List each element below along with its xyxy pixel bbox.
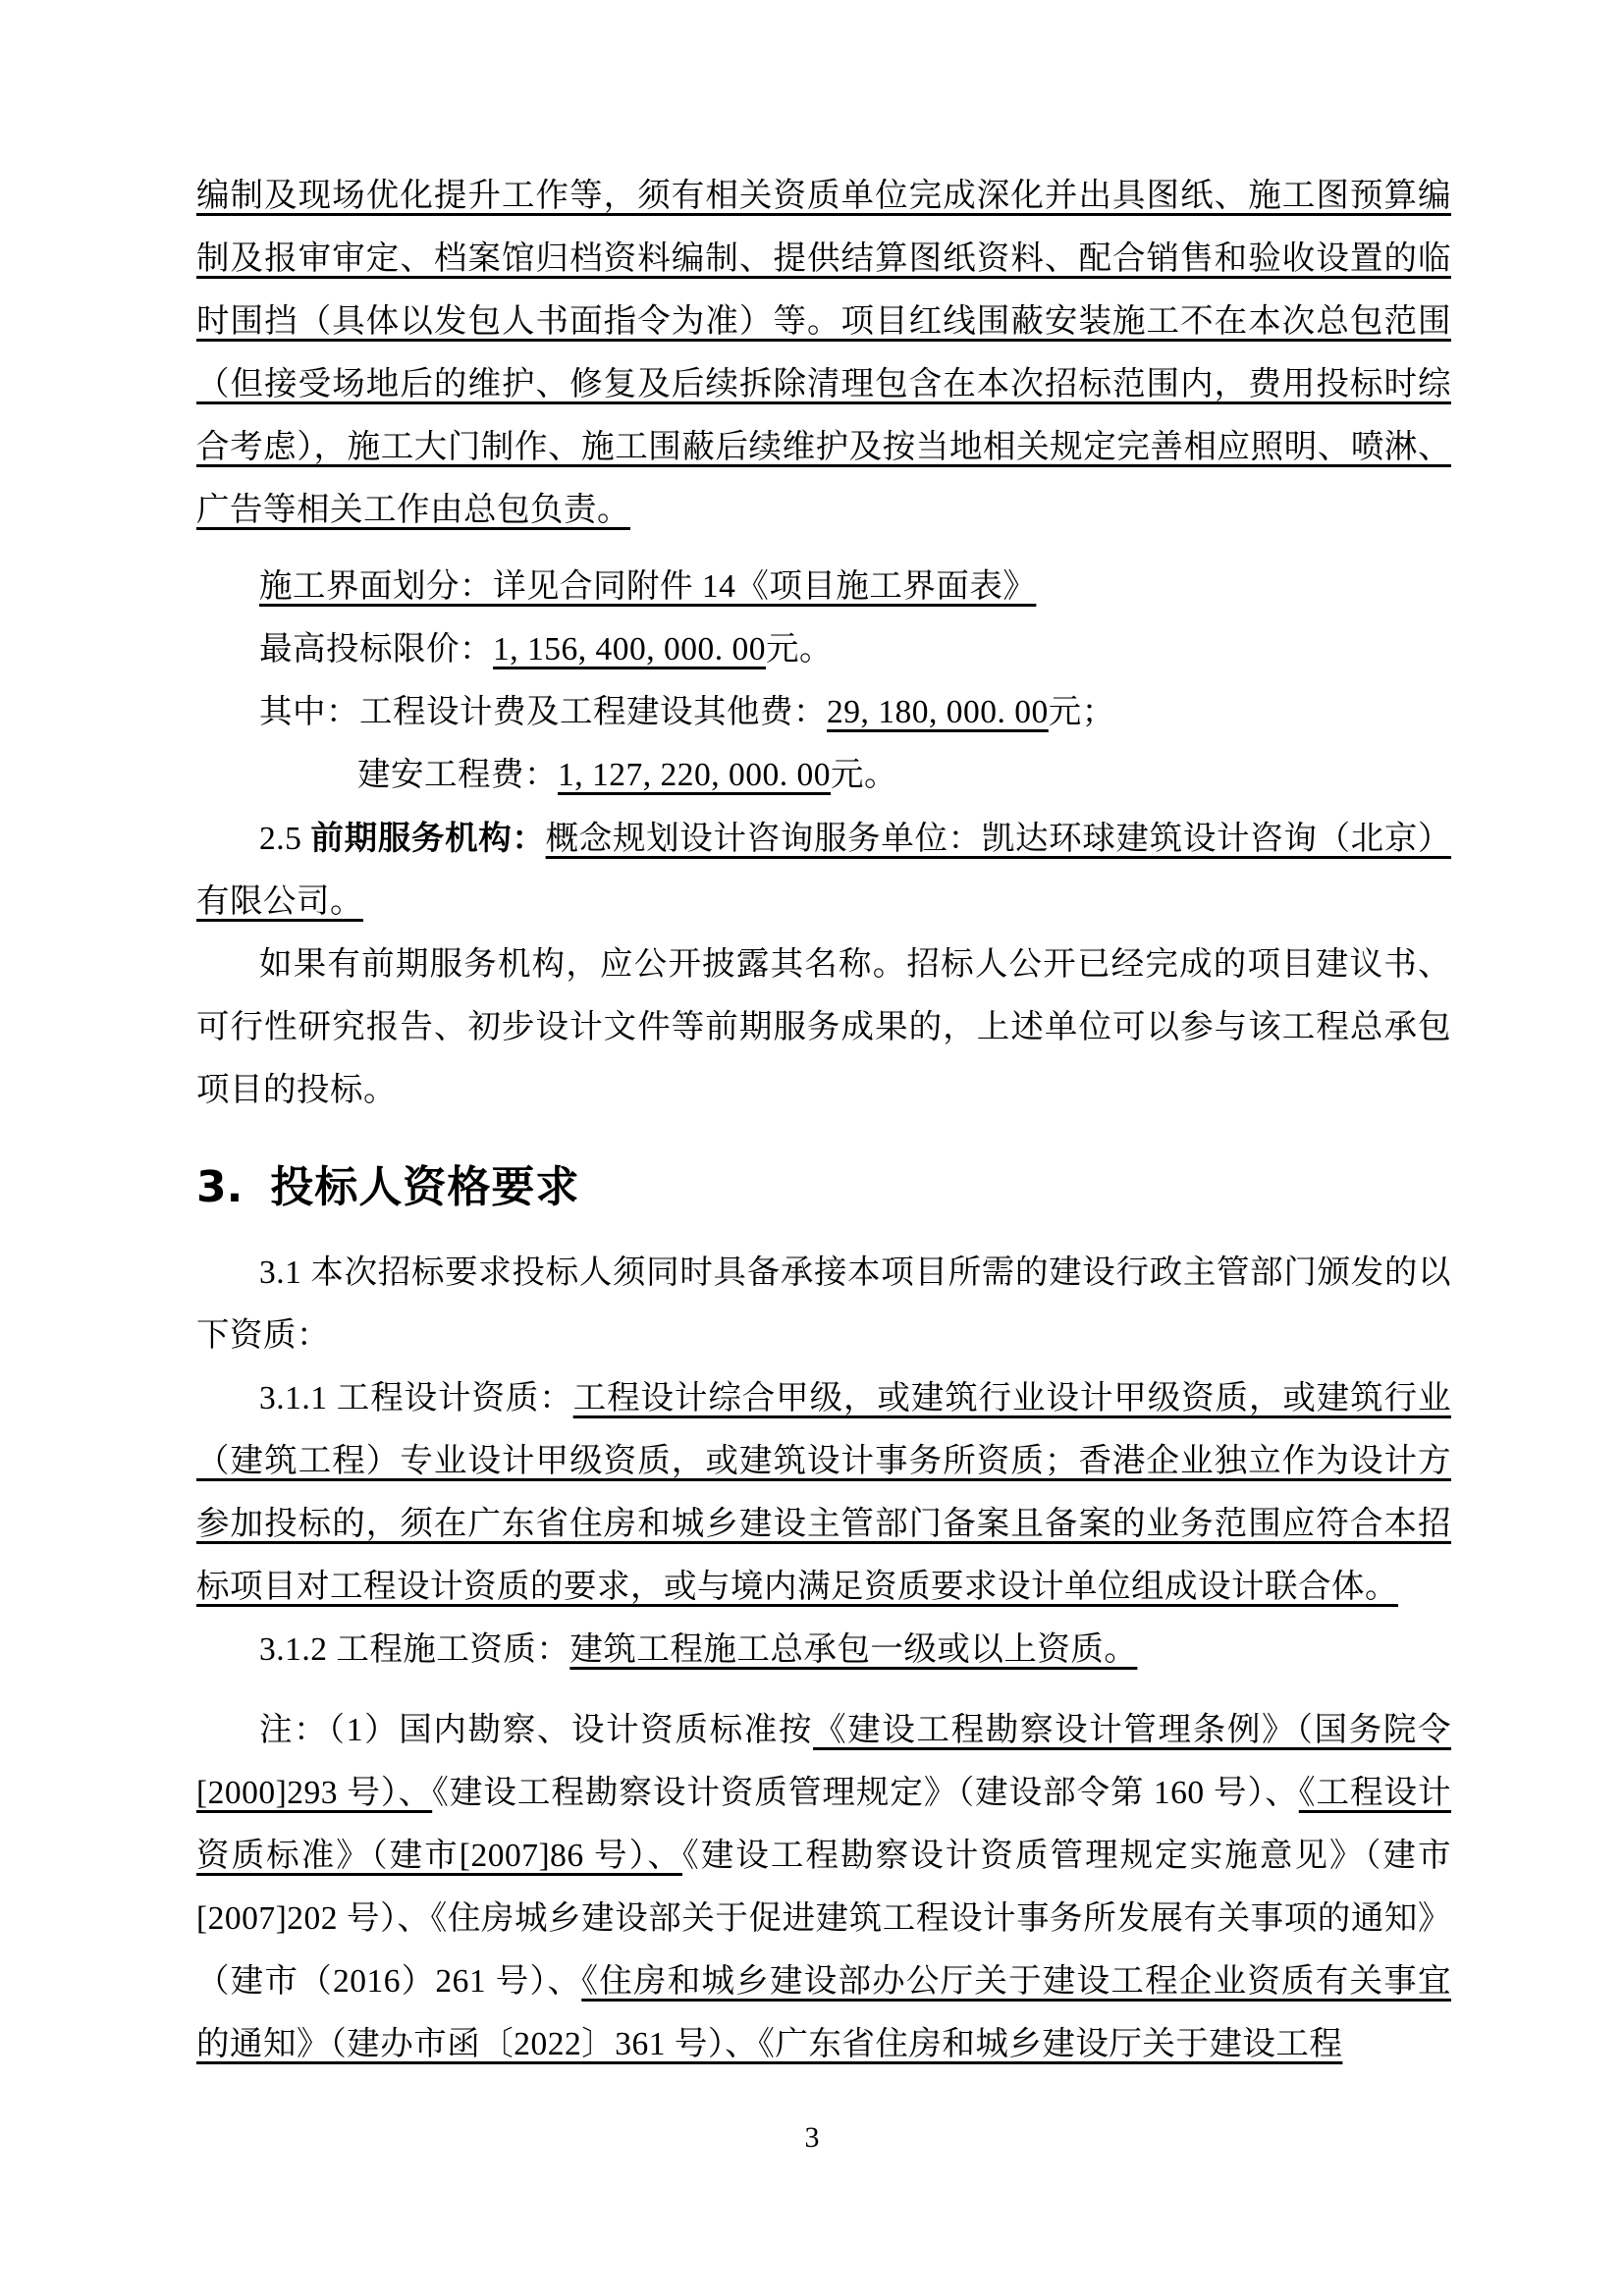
paragraph-3-1-2-construction-qualification: 3.1.2 工程施工资质：建筑工程施工总承包一级或以上资质。 <box>196 1619 1451 1682</box>
section-heading-number: 3. <box>196 1162 243 1212</box>
max-price-suffix: 元。 <box>766 631 833 667</box>
note-plain-2: 《建设工程勘察设计资质管理规定》（建设部令第 160 号）、 <box>432 1775 1299 1811</box>
scope-underlined-text: 编制及现场优化提升工作等，须有相关资质单位完成深化并出具图纸、施工图预算编制及报… <box>196 178 1451 528</box>
sec-3-1-2-label: 3.1.2 工程施工资质： <box>259 1631 569 1668</box>
paragraph-3-1-requirements: 3.1 本次招标要求投标人须同时具备承接本项目所需的建设行政主管部门颁发的以下资… <box>196 1242 1451 1367</box>
paragraph-3-1-1-design-qualification: 3.1.1 工程设计资质：工程设计综合甲级，或建筑行业设计甲级资质，或建筑行业（… <box>196 1367 1451 1619</box>
paragraph-fee-other: 其中：工程设计费及工程建设其他费：29, 180, 000. 00元； <box>196 681 1451 744</box>
fee-other-suffix: 元； <box>1049 694 1115 730</box>
pre-service-number: 2.5 <box>259 821 310 857</box>
paragraph-pre-service-agency: 2.5 前期服务机构：概念规划设计咨询服务单位：凯达环球建筑设计咨询（北京）有限… <box>196 807 1451 934</box>
document-page: 编制及现场优化提升工作等，须有相关资质单位完成深化并出具图纸、施工图预算编制及报… <box>0 0 1624 2296</box>
paragraph-fee-construction: 建安工程费：1, 127, 220, 000. 00元。 <box>196 744 1451 807</box>
paragraph-max-bid-price: 最高投标限价：1, 156, 400, 000. 00元。 <box>196 618 1451 681</box>
section-heading-title: 投标人资格要求 <box>270 1162 579 1212</box>
fee-other-label: 其中：工程设计费及工程建设其他费： <box>259 694 827 730</box>
section-heading-bidder-qualification: 3.投标人资格要求 <box>196 1163 1451 1212</box>
interface-underlined-text: 施工界面划分：详见合同附件 14《项目施工界面表》 <box>259 568 1036 605</box>
paragraph-interface-division: 施工界面划分：详见合同附件 14《项目施工界面表》 <box>196 556 1451 618</box>
paragraph-note-regulations: 注：（1）国内勘察、设计资质标准按《建设工程勘察设计管理条例》（国务院令[200… <box>196 1699 1451 2076</box>
note-plain-1: 注：（1）国内勘察、设计资质标准按 <box>259 1712 813 1748</box>
max-price-amount: 1, 156, 400, 000. 00 <box>493 631 766 667</box>
fee-construction-amount: 1, 127, 220, 000. 00 <box>558 757 831 793</box>
fee-construction-suffix: 元。 <box>831 757 897 793</box>
sec-3-1-text: 3.1 本次招标要求投标人须同时具备承接本项目所需的建设行政主管部门颁发的以下资… <box>196 1255 1451 1354</box>
sec-3-1-1-label: 3.1.1 工程设计资质： <box>259 1380 573 1416</box>
page-content: 编制及现场优化提升工作等，须有相关资质单位完成深化并出具图纸、施工图预算编制及报… <box>196 165 1451 2076</box>
page-number: 3 <box>0 2118 1624 2158</box>
paragraph-scope-continuation: 编制及现场优化提升工作等，须有相关资质单位完成深化并出具图纸、施工图预算编制及报… <box>196 165 1451 542</box>
fee-other-amount: 29, 180, 000. 00 <box>827 694 1049 730</box>
fee-construction-label: 建安工程费： <box>357 757 558 793</box>
max-price-label: 最高投标限价： <box>259 631 493 667</box>
paragraph-disclosure: 如果有前期服务机构，应公开披露其名称。招标人公开已经完成的项目建议书、可行性研究… <box>196 934 1451 1122</box>
pre-service-label: 前期服务机构： <box>310 819 545 857</box>
sec-3-1-2-underlined-text: 建筑工程施工总承包一级或以上资质。 <box>569 1631 1137 1668</box>
disclosure-text: 如果有前期服务机构，应公开披露其名称。招标人公开已经完成的项目建议书、可行性研究… <box>196 946 1451 1108</box>
